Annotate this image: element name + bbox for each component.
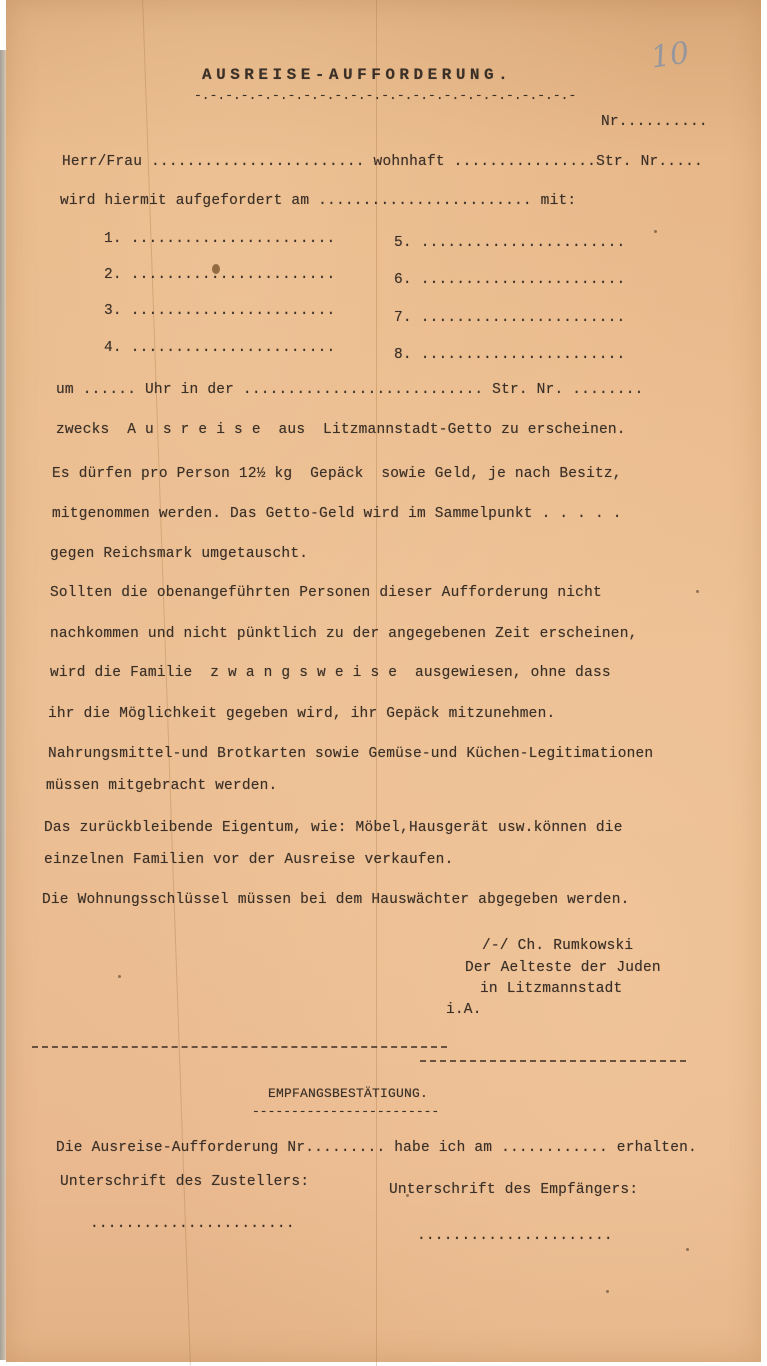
document-title: AUSREISE-AUFFORDERUNG.: [202, 66, 512, 84]
paragraph-line: mitgenommen werden. Das Getto-Geld wird …: [52, 506, 622, 522]
handwritten-page-number: 10: [649, 36, 692, 76]
speck: [686, 1248, 689, 1251]
separator-line: [420, 1060, 686, 1062]
recipient-signature-label: Unterschrift des Empfängers:: [389, 1182, 638, 1198]
document-number-field: Nr..........: [601, 114, 708, 130]
person-field-6: 6. .......................: [394, 272, 625, 288]
receipt-confirmation-line: Die Ausreise-Aufforderung Nr......... ha…: [56, 1140, 697, 1156]
paragraph-line: wird die Familie z w a n g s w e i s e a…: [50, 665, 611, 681]
name-address-line: Herr/Frau ........................ wohnh…: [62, 154, 703, 170]
receipt-title: EMPFANGSBESTÄTIGUNG.: [268, 1086, 428, 1101]
signature-place: in Litzmannstadt: [480, 981, 622, 997]
person-field-4: 4. .......................: [104, 340, 335, 356]
purpose-line: zwecks A u s r e i s e aus Litzmannstadt…: [56, 422, 626, 438]
signature-name: /-/ Ch. Rumkowski: [482, 938, 633, 954]
paragraph-line: einzelnen Familien vor der Ausreise verk…: [44, 852, 453, 868]
speck: [118, 975, 121, 978]
paragraph-line: nachkommen und nicht pünktlich zu der an…: [50, 626, 638, 642]
paragraph-line: Nahrungsmittel-und Brotkarten sowie Gemü…: [48, 746, 653, 762]
paragraph-line: müssen mitgebracht werden.: [46, 778, 277, 794]
paragraph-line: Es dürfen pro Person 12½ kg Gepäck sowie…: [52, 466, 622, 482]
person-field-7: 7. .......................: [394, 310, 625, 326]
ink-stain: [212, 264, 220, 274]
person-field-5: 5. .......................: [394, 235, 625, 251]
request-date-line: wird hiermit aufgefordert am ...........…: [60, 193, 576, 209]
deliverer-signature-line: .......................: [90, 1216, 295, 1232]
speck: [606, 1290, 609, 1293]
deliverer-signature-label: Unterschrift des Zustellers:: [60, 1174, 309, 1190]
paragraph-line: ihr die Möglichkeit gegeben wird, ihr Ge…: [48, 706, 555, 722]
paragraph-line: Sollten die obenangeführten Personen die…: [50, 585, 602, 601]
paragraph-line: Das zurückbleibende Eigentum, wie: Möbel…: [44, 820, 623, 836]
speck: [654, 230, 657, 233]
signature-on-behalf: i.A.: [446, 1002, 482, 1018]
signature-title: Der Aelteste der Juden: [465, 960, 661, 976]
speck: [406, 1194, 409, 1197]
paragraph-line: Die Wohnungsschlüssel müssen bei dem Hau…: [42, 892, 630, 908]
person-field-8: 8. .......................: [394, 347, 625, 363]
person-field-3: 3. .......................: [104, 303, 335, 319]
person-field-1: 1. .......................: [104, 231, 335, 247]
separator-line: [32, 1046, 447, 1048]
speck: [696, 590, 699, 593]
receipt-title-underline: ------------------------: [252, 1104, 439, 1119]
time-location-line: um ...... Uhr in der ...................…: [56, 382, 644, 398]
paragraph-line: gegen Reichsmark umgetauscht.: [50, 546, 308, 562]
document-page: 10 AUSREISE-AUFFORDERUNG. -.-.-.-.-.-.-.…: [6, 0, 761, 1362]
recipient-signature-line: ......................: [417, 1228, 613, 1244]
title-underline: -.-.-.-.-.-.-.-.-.-.-.-.-.-.-.-.-.-.-.-.…: [194, 88, 576, 103]
